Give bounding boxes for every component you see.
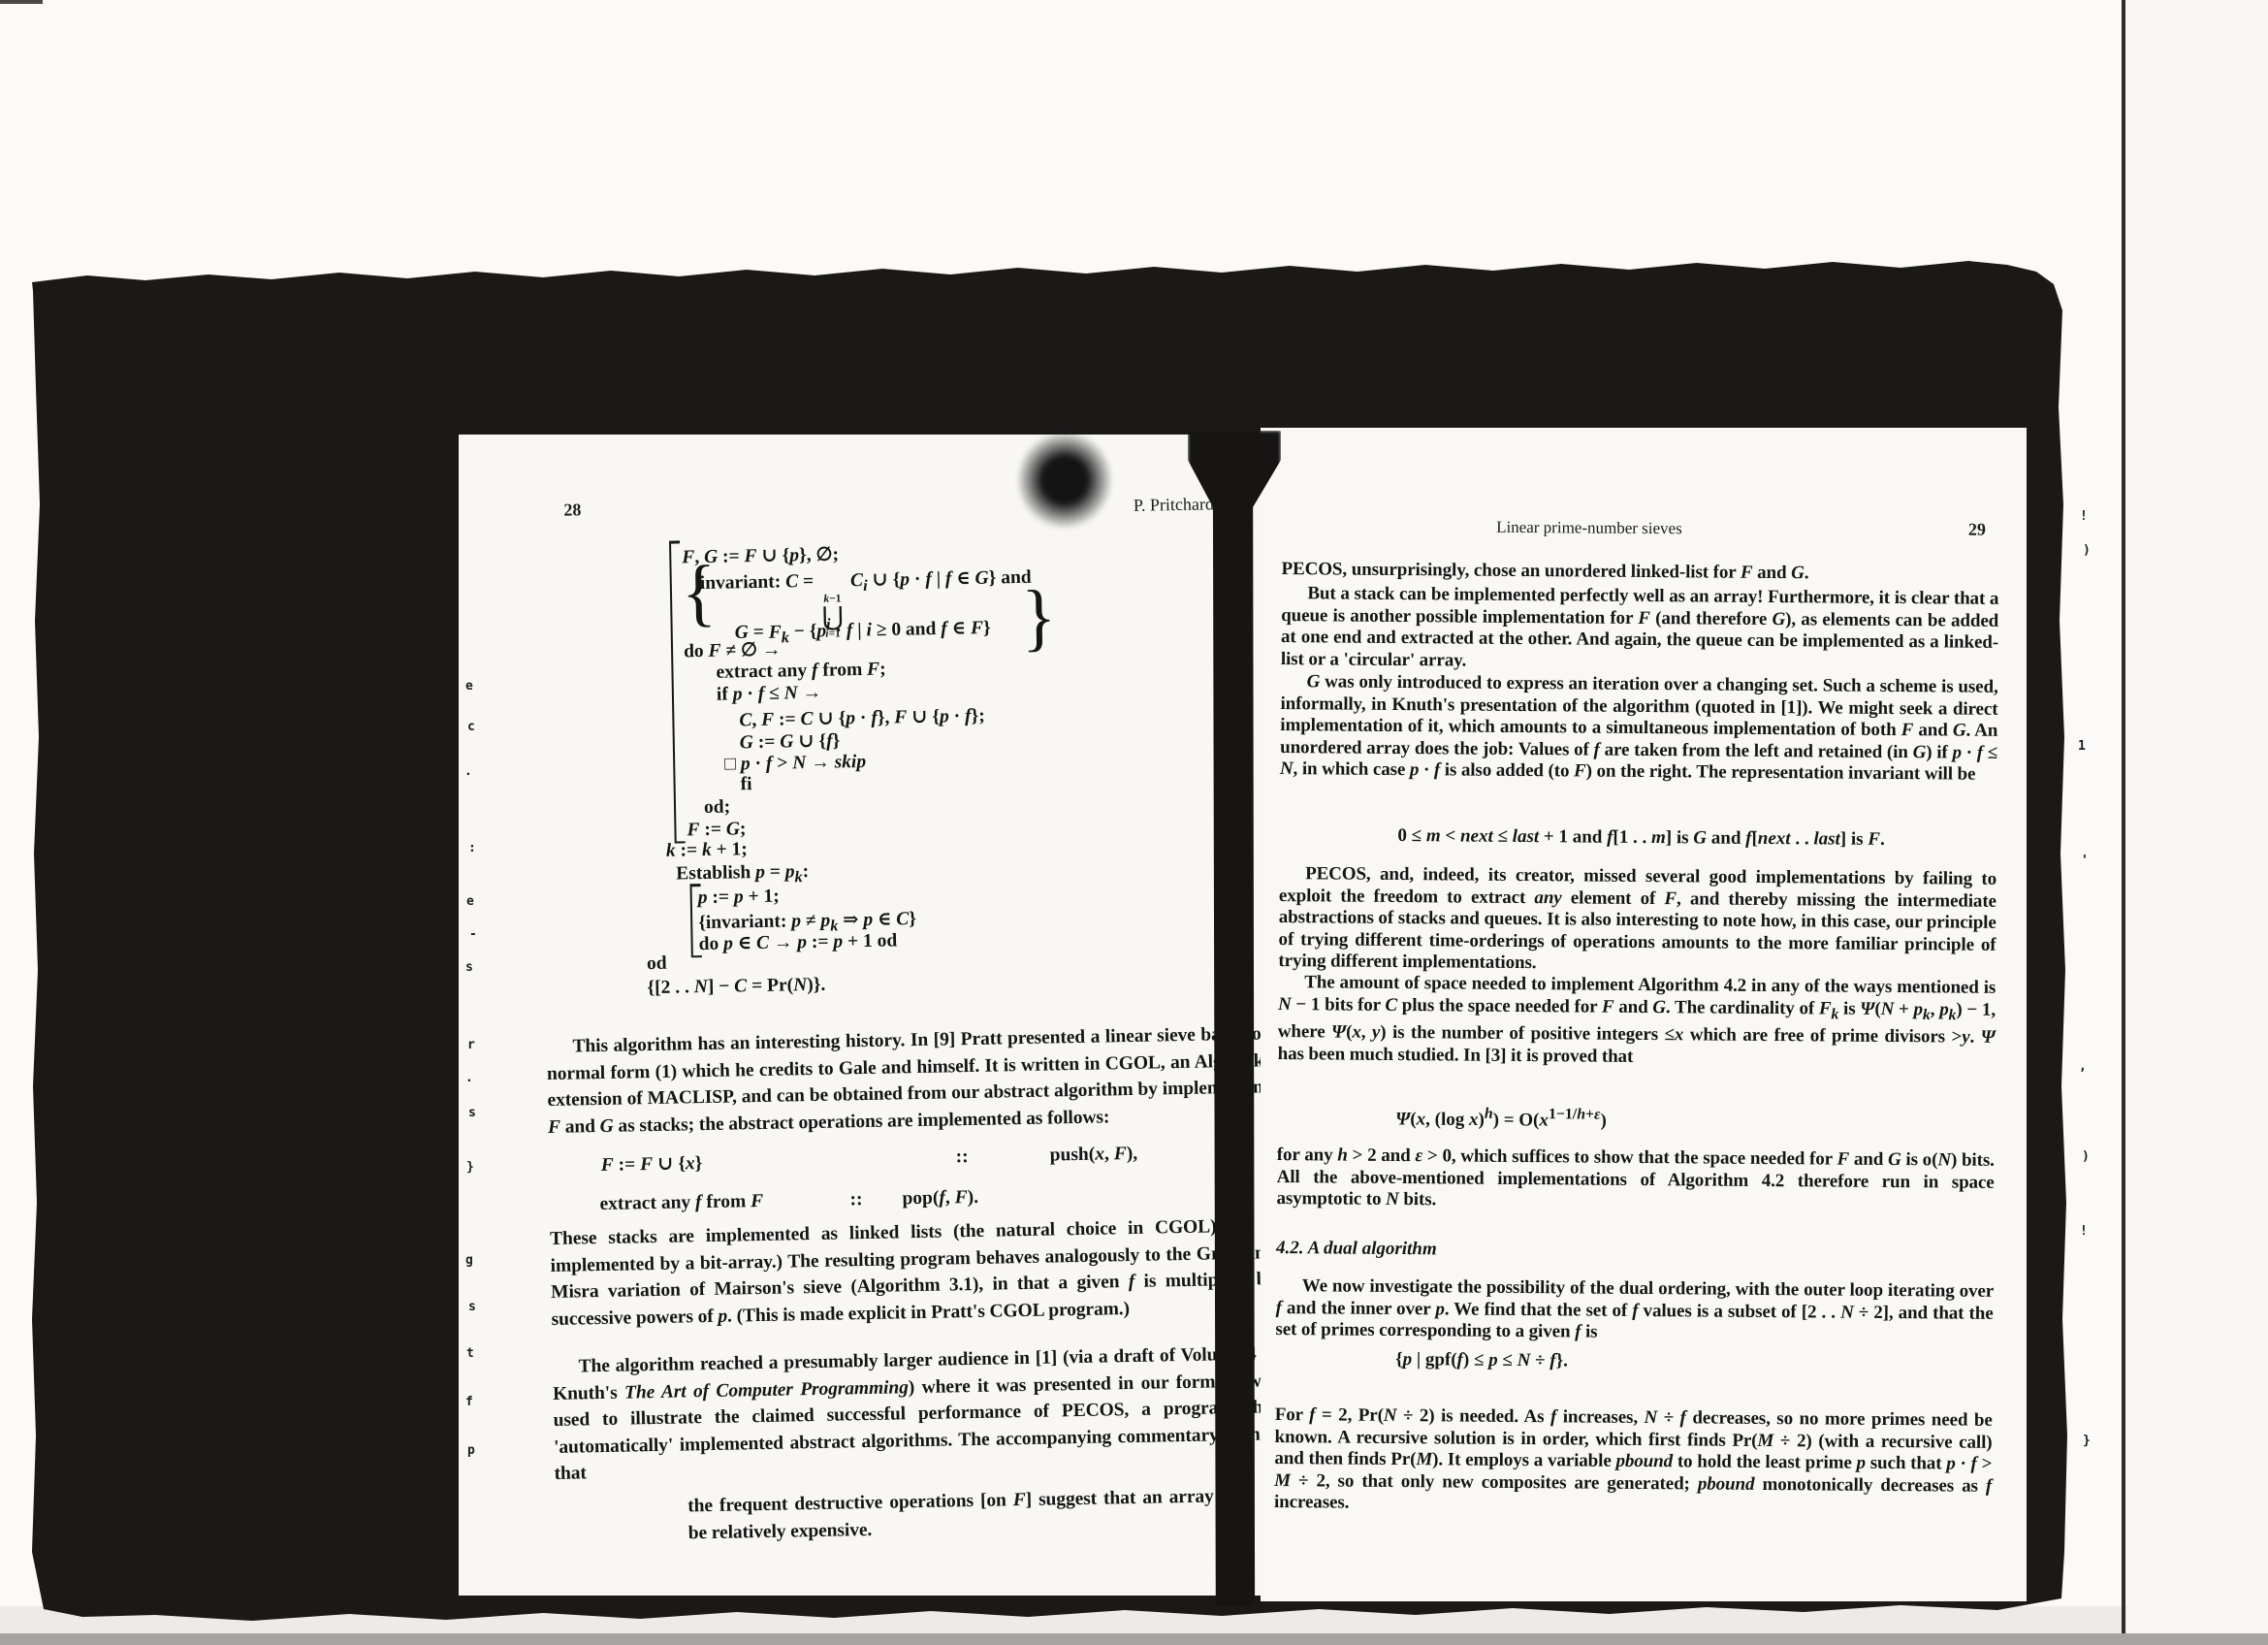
algorithm-line: extract any f from F; bbox=[716, 660, 885, 684]
algorithm-line: F, G := F ∪ {p}, ∅; bbox=[682, 542, 839, 568]
paragraph-missed-implementations: PECOS, and, indeed, its creator, missed … bbox=[1278, 863, 1996, 979]
edge-mark: ! bbox=[2080, 509, 2088, 524]
page-edge-line bbox=[2122, 0, 2125, 1645]
page-28: 28 P. Pritchard { } F, G := F ∪ {p}, ∅; … bbox=[459, 435, 1271, 1596]
running-head-right: Linear prime-number sieves bbox=[1458, 517, 1720, 538]
algorithm-line: fi bbox=[740, 774, 751, 795]
algorithm-line: od bbox=[647, 953, 667, 975]
edge-mark: ) bbox=[2083, 543, 2091, 558]
edge-mark: p bbox=[467, 1443, 475, 1458]
edge-mark: . bbox=[465, 1071, 473, 1085]
algorithm-line: C, F := C ∪ {p · f}, F ∪ {p · f}; bbox=[739, 704, 985, 732]
algorithm-line: p := p + 1; bbox=[698, 887, 780, 910]
edge-mark: c bbox=[467, 720, 475, 734]
paragraph-space-asymptotic: for any h > 2 and ε > 0, which suffices … bbox=[1276, 1145, 1995, 1216]
psi-bound-formula: Ψ(x, (log x)h) = O(x1−1/h+ε) bbox=[1395, 1105, 1607, 1132]
edge-mark: : bbox=[468, 841, 476, 855]
algorithm-line: G := G ∪ {f} bbox=[740, 728, 841, 754]
edge-mark: e bbox=[466, 894, 474, 909]
section-heading-4-2: 4.2. A dual algorithm bbox=[1276, 1238, 1437, 1260]
edge-mark: } bbox=[2083, 1434, 2091, 1448]
paragraph-pecos-choice: PECOS, unsurprisingly, chose an unordere… bbox=[1282, 559, 1999, 586]
paragraph-audience: The algorithm reached a presumably large… bbox=[552, 1340, 1279, 1488]
algorithm-line: k := k + 1; bbox=[666, 839, 748, 862]
algorithm-line: do F ≠ ∅ → bbox=[684, 638, 782, 663]
algorithm-line: F := G; bbox=[687, 819, 746, 841]
page-stack-margin bbox=[2126, 0, 2268, 1645]
paragraph-stacks: These stacks are implemented as linked l… bbox=[550, 1212, 1277, 1333]
edge-mark: s bbox=[465, 960, 473, 975]
algorithm-line: od; bbox=[704, 797, 731, 819]
algorithm-outer-bracket bbox=[669, 541, 677, 844]
edge-mark: t bbox=[466, 1346, 474, 1361]
paragraph-stack-array: But a stack can be implemented perfectly… bbox=[1281, 583, 1999, 676]
edge-mark: , bbox=[2079, 1059, 2087, 1074]
edge-mark: . bbox=[464, 764, 472, 779]
paragraph-space-needed: The amount of space needed to implement … bbox=[1278, 972, 1996, 1071]
edge-mark: ! bbox=[2080, 1224, 2088, 1239]
edge-mark: ) bbox=[2082, 1149, 2090, 1164]
page-29-content: Linear prime-number sieves 29 PECOS, uns… bbox=[1256, 425, 2030, 1604]
paragraph-recursive-solution: For f = 2, Pr(N ÷ 2) is needed. As f inc… bbox=[1274, 1404, 1993, 1520]
paragraph-g-iteration: G was only introduced to express an iter… bbox=[1280, 671, 1998, 787]
stack-mapping-push: F := F ∪ {x} :: push(x, F), bbox=[601, 1151, 703, 1177]
scan-smudge bbox=[1010, 425, 1119, 534]
algorithm-line: □ p · f > N → skip bbox=[724, 752, 866, 776]
corner-scan-artifact bbox=[0, 0, 43, 4]
edge-mark: r bbox=[467, 1038, 475, 1052]
edge-mark: - bbox=[469, 927, 477, 942]
algorithm-line: do p ∈ C → p := p + 1 od bbox=[698, 928, 897, 955]
page-28-content: 28 P. Pritchard { } F, G := F ∪ {p}, ∅; … bbox=[448, 427, 1282, 1602]
paragraph-dual-ordering: We now investigate the possibility of th… bbox=[1275, 1275, 1994, 1347]
edge-mark: e bbox=[465, 679, 473, 693]
representation-invariant: 0 ≤ m < next ≤ last + 1 and f[1 . . m] i… bbox=[1397, 825, 1884, 851]
algorithm-line: {[2 . . N] − C = Pr(N)}. bbox=[647, 975, 825, 999]
edge-mark: 1 bbox=[2078, 739, 2086, 754]
page-number-right: 29 bbox=[1968, 520, 1986, 540]
edge-mark: ' bbox=[2081, 854, 2089, 868]
edge-mark: g bbox=[465, 1253, 473, 1268]
algorithm-line: if p · f ≤ N → bbox=[717, 683, 822, 706]
edge-mark: } bbox=[466, 1160, 474, 1175]
stack-mapping-pop: extract any f from F :: pop(f, F). bbox=[599, 1191, 763, 1215]
edge-mark: s bbox=[468, 1300, 476, 1314]
page-29: Linear prime-number sieves 29 PECOS, uns… bbox=[1261, 428, 2027, 1601]
edge-mark: s bbox=[468, 1106, 476, 1120]
prime-set-formula: {p | gpf(f) ≤ p ≤ N ÷ f}. bbox=[1395, 1349, 1568, 1371]
page-number-left: 28 bbox=[563, 500, 581, 520]
algorithm-line: Establish p = pk: bbox=[676, 861, 809, 888]
block-quote: the frequent destructive operations [on … bbox=[687, 1483, 1256, 1547]
edge-mark: f bbox=[465, 1395, 473, 1409]
scan-bottom-band bbox=[0, 1633, 2268, 1645]
paragraph-history: This algorithm has an interesting histor… bbox=[546, 1020, 1273, 1141]
establish-bracket bbox=[689, 884, 692, 957]
